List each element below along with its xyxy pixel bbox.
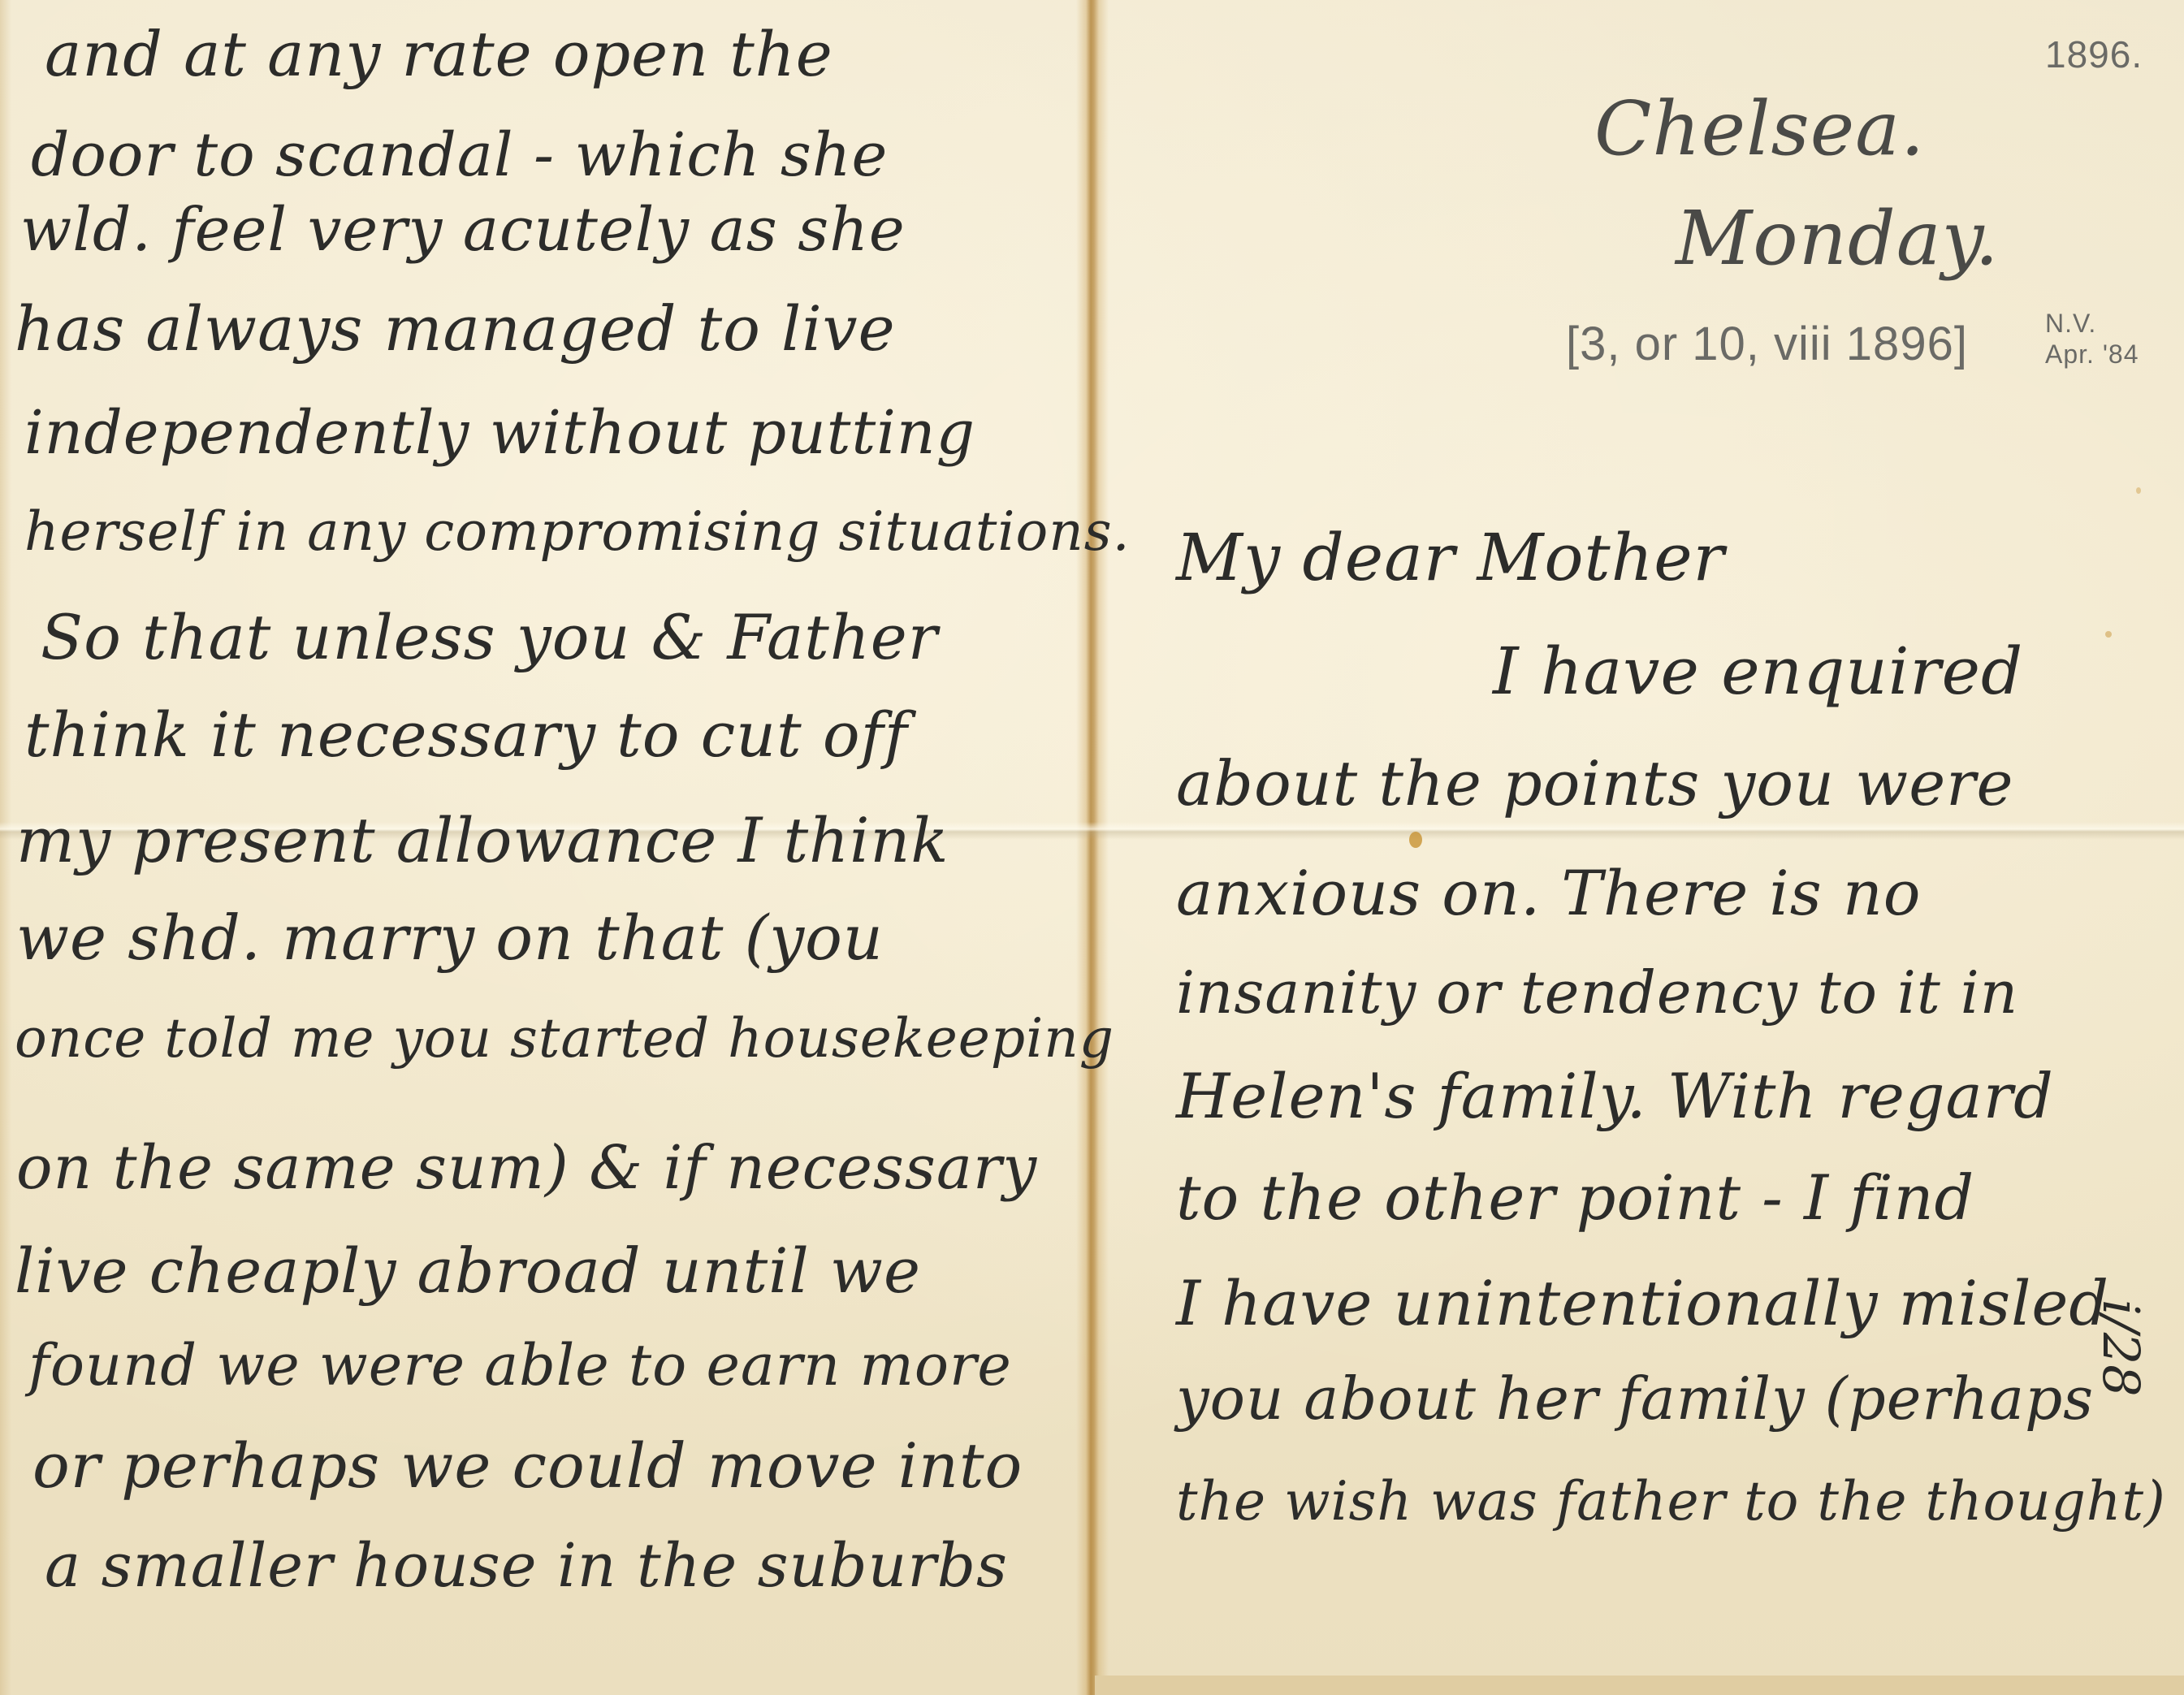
annotation-initials: N.V. <box>2045 309 2096 339</box>
place-heading: Chelsea. <box>1594 85 1925 172</box>
date-annotation: [3, or 10, viii 1896] <box>1566 317 1968 371</box>
letter-sheet: and at any rate open the door to scandal… <box>0 0 2184 1695</box>
salutation: My dear Mother <box>1176 520 1725 595</box>
left-line-2: door to scandal - which she <box>31 120 888 190</box>
right-line-8: you about her family (perhaps <box>1176 1364 2094 1433</box>
left-line-14: found we were able to earn more <box>28 1332 1012 1399</box>
right-line-6: to the other point - I find <box>1176 1161 1974 1234</box>
right-line-7: I have unintentionally misled <box>1176 1267 2109 1339</box>
left-page: and at any rate open the door to scandal… <box>0 0 1088 1695</box>
right-line-2: about the points you were <box>1176 747 2013 819</box>
left-line-7: So that unless you & Father <box>41 601 938 673</box>
right-line-4: insanity or tendency to it in <box>1176 958 2018 1027</box>
left-line-1: and at any rate open the <box>45 18 833 90</box>
left-line-10: we shd. marry on that (you <box>16 902 884 974</box>
left-line-12: on the same sum) & if necessary <box>16 1133 1037 1203</box>
left-line-15: or perhaps we could move into <box>32 1429 1023 1502</box>
left-line-6: herself in any compromising situations. <box>24 500 1131 563</box>
right-line-9: the wish was father to the thought) <box>1176 1470 2166 1533</box>
left-line-3: wld. feel very acutely as she <box>20 195 906 265</box>
right-line-5: Helen's family. With regard <box>1176 1060 2054 1132</box>
archive-year-note: 1896. <box>2045 32 2143 76</box>
left-line-4: has always managed to live <box>15 292 896 365</box>
left-line-9: my present allowance I think <box>16 804 949 876</box>
left-line-11: once told me you started housekeeping <box>15 1007 1114 1070</box>
annotation-date: Apr. '84 <box>2045 339 2139 370</box>
right-page: 1896. Chelsea. Monday. [3, or 10, viii 1… <box>1095 0 2184 1695</box>
left-line-8: think it necessary to cut off <box>24 698 908 771</box>
day-heading: Monday. <box>1676 195 2000 282</box>
left-line-13: live cheaply abroad until we <box>15 1234 921 1307</box>
right-line-1: I have enquired <box>1493 633 2023 709</box>
right-line-3: anxious on. There is no <box>1176 857 1922 929</box>
left-line-16: a smaller house in the suburbs <box>45 1531 1008 1601</box>
margin-folio-number: i/28 <box>2091 1299 2151 1397</box>
left-line-5: independently without putting <box>24 398 975 468</box>
